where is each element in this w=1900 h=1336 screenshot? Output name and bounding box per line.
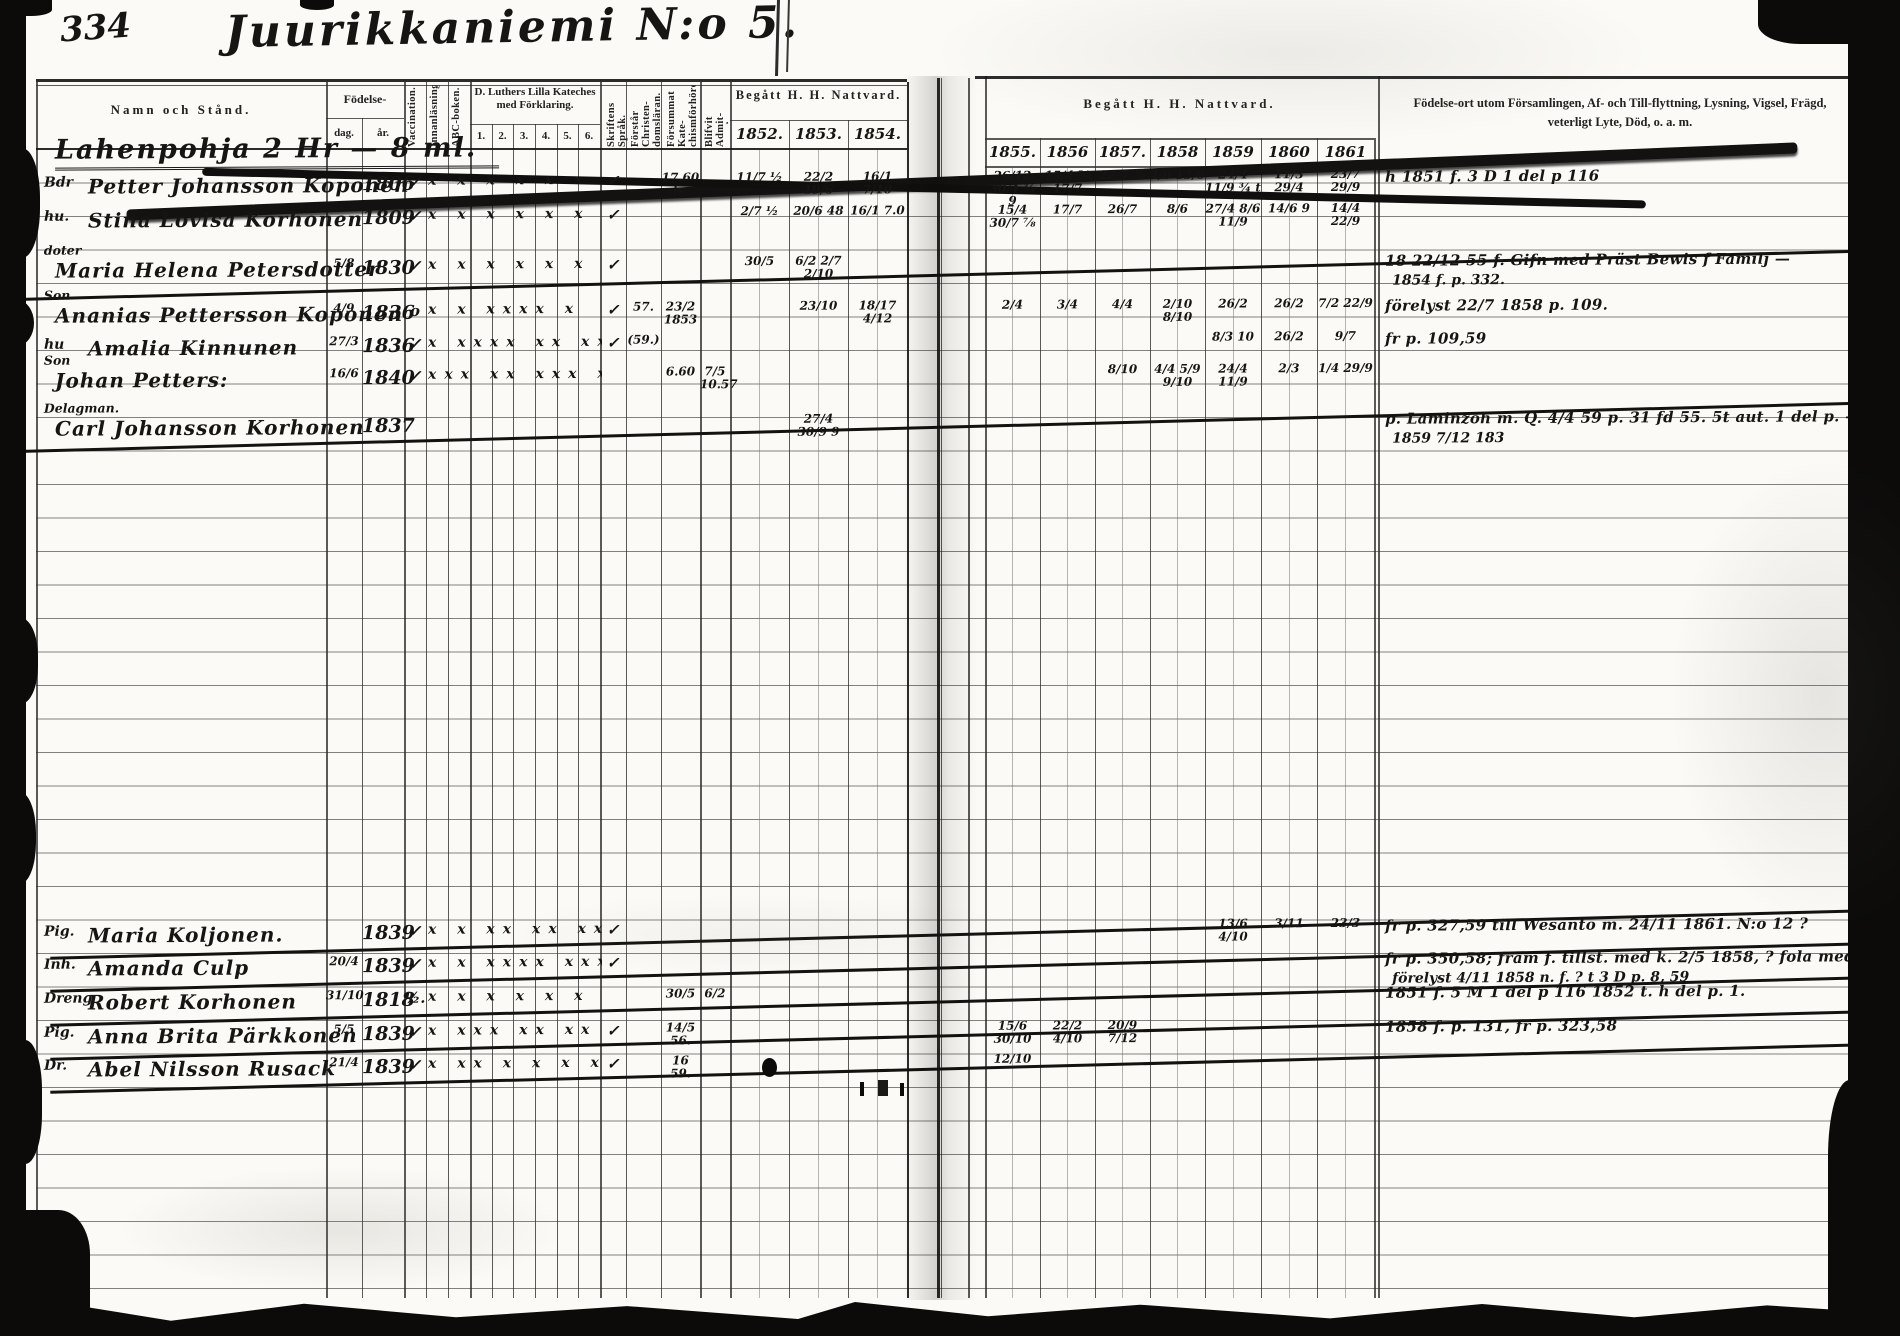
header-rule <box>36 85 907 86</box>
cell-ar: 1839 <box>362 922 404 944</box>
cell-marks: xxx xx xxx xxx <box>428 366 602 383</box>
scanned-church-record-page: 334 Juurikkaniemi N:o 5. Namn och Stånd.… <box>0 0 1900 1336</box>
cell-ar: 1836 <box>362 335 404 357</box>
cell-forsummat: 16 59. <box>661 1054 700 1079</box>
cell-note: fr p. 109,59 <box>1385 327 1850 347</box>
cell-note: fr p. 350,58; fram f. tillst. med k. 2/5… <box>1385 947 1850 967</box>
cell-admit: 7/5 10.57 <box>700 365 730 390</box>
cell-note: 1851 f. 5 M 1 del p 116 1852 t. h del p.… <box>1385 981 1850 1001</box>
cell-note: förelyst 22/7 1858 p. 109. <box>1385 294 1850 314</box>
cell-marks: x xxx xx xx xxx <box>428 1022 602 1039</box>
cell-y1857: 26/7 <box>1095 203 1150 216</box>
cell-role: hu. <box>44 209 69 225</box>
cell-y1854: 18/17 4/12 <box>848 299 907 324</box>
cell-note: 1858 f. p. 131, fr p. 323,58 <box>1385 1015 1850 1035</box>
cell-skrift: ✓ <box>600 206 626 224</box>
cell-role: Pig. <box>44 1025 75 1041</box>
cell-y1856: 22/2 4/10 <box>1040 1019 1095 1044</box>
scan-blotch <box>1828 1080 1900 1336</box>
header-rule <box>730 120 907 121</box>
header-rule <box>470 124 600 125</box>
cell-y1855: 15/4 30/7 ⅞ <box>985 204 1040 229</box>
scan-blotch <box>0 1040 42 1164</box>
column-rule <box>362 118 363 1298</box>
cell-y1859: 13/6 4/10 <box>1205 917 1261 942</box>
cell-dag: 16/6 <box>326 367 362 380</box>
cell-vacc: ✓ <box>404 922 426 940</box>
cell-forsummat: 17.60 ls. <box>661 171 700 196</box>
cell-y1861: 9/7 <box>1317 330 1374 343</box>
cell-note: fr p. 327,59 till Wesanto m. 24/11 1861.… <box>1385 914 1850 934</box>
cell-ar: 1836 <box>362 302 404 324</box>
cell-y1861: 23/7 29/9 <box>1317 168 1374 193</box>
cell-marks: x x x x x x ✓ <box>428 172 602 189</box>
cell-marks: x xx x x x x <box>428 1055 602 1072</box>
cell-y1854: 16/1 7.0 <box>848 204 907 217</box>
cell-forstar: 57. <box>626 301 661 314</box>
cell-dag: 5/5 <box>326 1023 362 1036</box>
cell-skrift: ✓ <box>600 921 626 939</box>
header-name-column: Namn och Stånd. <box>36 102 326 118</box>
cell-skrift: ✓ <box>600 954 626 972</box>
cell-y1859: 8/3 10 <box>1205 330 1261 343</box>
cell-ar: 1830 <box>362 257 404 279</box>
cell-ar: 1839 <box>362 955 404 977</box>
cell-name: Amalia Kinnunen <box>88 335 298 360</box>
cell-role: Dreng <box>44 990 92 1006</box>
cell-y1860: 26/2 <box>1261 330 1317 343</box>
cell-name: Lahenpohja 2 Hr — 8 ml. <box>55 132 499 170</box>
cell-marks: x x x x x x <box>428 988 602 1005</box>
cell-forstar: (59.) <box>626 334 661 347</box>
scan-corner-top-right <box>1758 0 1852 44</box>
cell-y1859: 26/2 <box>1205 297 1261 310</box>
cell-role: doter <box>44 243 81 258</box>
cell-role: Pig. <box>44 924 75 940</box>
header-communion-right: Begått H. H. Nattvard. <box>985 96 1374 112</box>
cell-note: 18 22/12 55 f. Gifn med Präst Bewis f Fa… <box>1385 249 1850 269</box>
cell-y1858: 4/4 5/9 9/10 <box>1150 363 1205 388</box>
scan-blotch <box>0 0 52 16</box>
cell-y1856: 17/7 <box>1040 203 1095 216</box>
scan-blotch <box>0 792 36 884</box>
cell-forsummat: 23/2 1853 <box>661 300 700 325</box>
cell-y1860: 14/6 9 <box>1261 202 1317 215</box>
binding-mark <box>860 1082 864 1096</box>
scan-edge-bottom <box>0 1302 1900 1336</box>
cell-role: Bdr <box>44 175 73 191</box>
cell-y1852: 11/7 ½ <box>730 171 789 184</box>
page-number: 334 <box>59 6 133 51</box>
cell-role: hu <box>44 337 64 353</box>
scan-blotch <box>0 148 40 258</box>
cell-y1857: 20/9 7/12 <box>1095 1019 1150 1044</box>
cell-ar: 1809 <box>362 207 404 229</box>
cell-ar: 1839 <box>362 1056 404 1078</box>
cell-y1860: 2/3 <box>1261 362 1317 375</box>
cell-role: Son <box>44 288 71 303</box>
header-rule <box>975 76 1856 79</box>
cell-ar: 1840 <box>362 367 404 389</box>
cell-dag: 21/4 <box>326 1056 362 1069</box>
scan-blotch <box>0 300 34 346</box>
cell-vacc: ✓ <box>404 367 426 385</box>
cell-y1861: 7/2 22/9 <box>1317 297 1374 310</box>
cell-y1853: 22/2 19/6 <box>789 171 848 196</box>
cell-y1854: 16/1 7/10 <box>848 170 907 195</box>
cell-role: Dr. <box>44 1058 67 1074</box>
cell-admit: 6/2 <box>700 987 730 1000</box>
cell-vacc: ✓ <box>404 955 426 973</box>
cell-y1861: 1/4 29/9 <box>1317 362 1374 375</box>
cell-y1855: 2/4 <box>985 299 1040 312</box>
cell-note: p. Laminzoh m. Q. 4/4 59 p. 31 fd 55. 5t… <box>1385 407 1850 427</box>
cell-skrift: ✓ <box>600 334 626 352</box>
cell-y1856: 3/4 <box>1040 298 1095 311</box>
cell-skrift: ✓ <box>600 172 626 190</box>
cell-y1855: 15/6 30/10 <box>985 1020 1040 1045</box>
cell-vacc: ✓ <box>404 1056 426 1074</box>
cell-y1856: 15/4 ⅞ 17/7 <box>1040 169 1095 194</box>
cell-dag: 20/4 <box>326 955 362 968</box>
cell-marks: x xxxx xx xxx <box>428 334 602 351</box>
cell-marks: x x xxxx xxxxx xx <box>428 954 602 971</box>
cell-note2: 1854 f. p. 332. <box>1392 272 1505 289</box>
cell-y1859: 27/4 8/6 11/9 <box>1205 202 1261 227</box>
cell-y1857: 8/10 <box>1095 363 1150 376</box>
header-birth: Födelse- <box>326 92 404 106</box>
cell-y1852: 2/7 ½ <box>730 205 789 218</box>
cell-y1858: 2/10 8/10 <box>1150 298 1205 323</box>
cell-marks: x x x x x x <box>428 256 602 273</box>
cell-name: Johan Petters: <box>55 368 229 393</box>
cell-y1860: 3/11 <box>1261 917 1317 930</box>
cell-dag: 27/3 <box>326 335 362 348</box>
ink-blob <box>762 1058 777 1077</box>
cell-y1858: 4/6 13/6 <box>1150 169 1205 182</box>
cell-y1860: 11/3 29/4 <box>1261 168 1317 193</box>
cell-skrift: ✓ <box>600 1055 626 1073</box>
column-rule <box>789 120 790 1298</box>
cell-vacc: ✓ <box>404 257 426 275</box>
cell-y1853: 23/10 <box>789 300 848 313</box>
cell-y1861: 14/4 22/9 <box>1317 202 1374 227</box>
cell-y1855: 12/10 <box>985 1053 1040 1066</box>
header-rule <box>326 118 404 119</box>
cell-dag: 4/9 <box>326 302 362 315</box>
cell-note2: 1859 7/12 183 <box>1392 430 1504 447</box>
book-fold-shadow <box>903 76 977 1300</box>
cell-forsummat: 30/5 <box>661 987 700 1000</box>
cell-marks: x x x x x x ✓ <box>428 206 602 223</box>
cell-ar: 1818 <box>362 989 404 1011</box>
cell-dag: 31/10 <box>326 989 362 1002</box>
cell-skrift: ✓ <box>600 256 626 274</box>
cell-vacc: ½. <box>404 989 426 1007</box>
cell-vacc: ✓ <box>404 1023 426 1041</box>
cell-note: h 1851 f. 3 D 1 del p 116 <box>1385 165 1850 185</box>
cell-vacc: ✓ <box>404 207 426 225</box>
cell-y1861: 23/3 <box>1317 917 1374 930</box>
cell-dag: 5/8 <box>326 257 362 270</box>
scan-blotch <box>0 618 38 704</box>
cell-skrift: ✓ <box>600 301 626 319</box>
cell-ar: 1837 <box>362 415 404 437</box>
cell-y1858: 8/6 <box>1150 203 1205 216</box>
cell-y1859: 24/4 11/9 <box>1205 362 1261 387</box>
cell-role: Delagman. <box>44 400 119 415</box>
cell-y1857: 4/4 <box>1095 298 1150 311</box>
cell-marks: x x xxxx x <box>428 301 602 318</box>
cell-role: Inh. <box>44 957 76 973</box>
binding-mark <box>900 1083 904 1096</box>
cell-vacc: ✓ <box>404 335 426 353</box>
cell-y1853: 20/6 48 <box>789 205 848 218</box>
cell-y1859: 24/4 11/9 ¾ t <box>1205 168 1261 193</box>
cell-vacc: ✓ <box>404 173 426 191</box>
cell-vacc: o <box>404 302 426 320</box>
cell-name: Stina Lovisa Korhonen <box>88 207 363 232</box>
cell-ar: 1839 <box>362 1023 404 1045</box>
cell-forsummat: 14/5 56. <box>661 1021 700 1046</box>
scan-blotch <box>300 0 334 10</box>
cell-y1853: 6/2 2/7 2/10 <box>789 255 848 280</box>
cell-y1853: 27/4 30/9 9 <box>789 413 848 438</box>
cell-y1860: 26/2 <box>1261 297 1317 310</box>
cell-y1857: 22/7 ⅞ <box>1095 169 1150 182</box>
cell-marks: x x xx xx xx xx xx <box>428 921 602 938</box>
header-katekes: D. Luthers Lilla Kateches med Förklaring… <box>470 86 600 112</box>
cell-ar: 1806 <box>362 173 404 195</box>
cell-forsummat: 6.60 <box>661 365 700 378</box>
cell-skrift: ✓ <box>600 1022 626 1040</box>
header-communion-left: Begått H. H. Nattvard. <box>730 88 907 103</box>
header-rule <box>36 79 907 82</box>
cell-role: Son <box>44 353 71 368</box>
cell-y1852: 30/5 <box>730 255 789 268</box>
binding-mark <box>878 1080 888 1096</box>
